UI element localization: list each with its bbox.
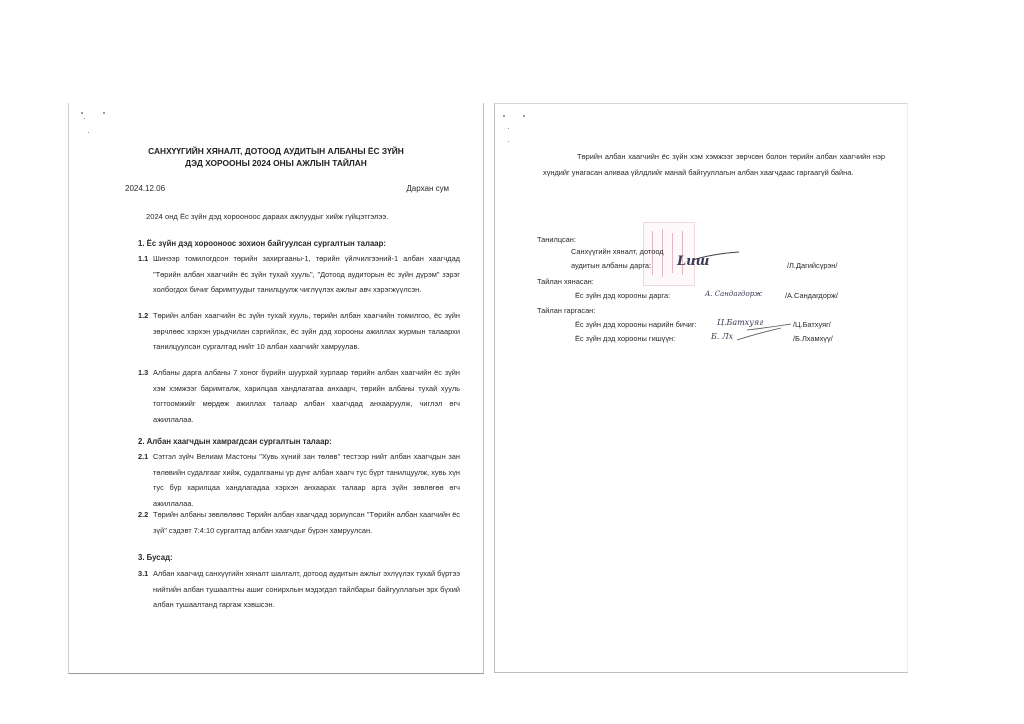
report-page-1: САНХҮҮГИЙН ХЯНАЛТ, ДОТООД АУДИТЫН АЛБАНЫ… xyxy=(68,103,484,674)
item-text: Шинээр томилогдсон төрийн захиргааны-1, … xyxy=(153,251,460,298)
item-number: 1.2 xyxy=(138,308,148,324)
acquainted-role-line1: Санхүүгийн хяналт, дотоод xyxy=(571,247,664,256)
scan-speck xyxy=(503,115,505,117)
item-number: 2.1 xyxy=(138,449,148,465)
section-2-heading: 2. Албан хаагчдын хамрагдсан сургалтын т… xyxy=(138,437,332,446)
signature-stroke xyxy=(691,250,741,262)
item-1-2: 1.2 Төрийн албан хаагчийн ёс зүйн тухай … xyxy=(138,308,460,355)
reviewed-role: Ёс зүйн дэд хорооны дарга: xyxy=(575,291,670,300)
acquainted-label: Танилцсан: xyxy=(537,235,576,244)
scan-speck xyxy=(508,141,509,142)
acquainted-role-line2: аудитын албаны дарга: xyxy=(571,261,651,270)
report-title: САНХҮҮГИЙН ХЯНАЛТ, ДОТООД АУДИТЫН АЛБАНЫ… xyxy=(69,145,483,169)
item-text: Албаны дарга албаны 7 хоног бүрийн шуурх… xyxy=(153,365,460,427)
signature-lkhamkhuu: Б. Лх xyxy=(711,332,733,341)
report-place: Дархан сум xyxy=(406,184,449,193)
report-date: 2024.12.06 xyxy=(125,184,165,193)
item-number: 2.2 xyxy=(138,507,148,523)
reviewed-name: /А.Сандагдорж/ xyxy=(785,291,838,300)
reviewed-label: Тайлан хянасан: xyxy=(537,277,594,286)
item-text: Сэтгэл зүйч Велиам Мастоны "Хувь хүний з… xyxy=(153,449,460,511)
acquainted-name: /Л.Дагийсүрэн/ xyxy=(787,261,837,270)
prepared-name-2: /Б.Лхамхүү/ xyxy=(793,334,833,343)
report-intro: 2024 онд Ёс зүйн дэд хорооноос дараах аж… xyxy=(146,212,388,221)
title-line-1: САНХҮҮГИЙН ХЯНАЛТ, ДОТООД АУДИТЫН АЛБАНЫ… xyxy=(69,145,483,157)
scan-speck xyxy=(508,128,509,129)
item-text: Төрийн албан хаагчийн ёс зүйн тухай хуул… xyxy=(153,308,460,355)
item-number: 1.3 xyxy=(138,365,148,381)
title-line-2: ДЭД ХОРООНЫ 2024 ОНЫ АЖЛЫН ТАЙЛАН xyxy=(69,157,483,169)
item-text: Албан хаагчид санхүүгийн хяналт шалгалт,… xyxy=(153,566,460,613)
section-3-heading: 3. Бусад: xyxy=(138,553,173,562)
item-text: Төрийн албаны зөвлөлөөс Төрийн албан хаа… xyxy=(153,507,460,538)
prepared-name-1: /Ц.Батхуяг/ xyxy=(793,320,831,329)
prepared-role-1: Ёс зүйн дэд хорооны нарийн бичиг: xyxy=(575,320,697,329)
section-1-heading: 1. Ёс зүйн дэд хорооноос зохион байгуулс… xyxy=(138,239,386,248)
prepared-label: Тайлан гаргасан: xyxy=(537,306,595,315)
scan-speck xyxy=(81,112,83,114)
item-2-2: 2.2 Төрийн албаны зөвлөлөөс Төрийн албан… xyxy=(138,507,460,538)
signature-sandagdorj: А. Сандагдорж xyxy=(705,290,762,298)
signature-stroke xyxy=(735,326,785,342)
item-number: 3.1 xyxy=(138,566,148,582)
item-1-1: 1.1 Шинээр томилогдсон төрийн захиргааны… xyxy=(138,251,460,298)
scan-speck xyxy=(84,118,85,119)
scan-speck xyxy=(523,115,525,117)
conclusion-paragraph: Төрийн албан хаагчийн ёс зүйн хэм хэмжээ… xyxy=(543,149,885,180)
item-2-1: 2.1 Сэтгэл зүйч Велиам Мастоны "Хувь хүн… xyxy=(138,449,460,511)
scan-speck xyxy=(88,132,89,133)
item-3-1: 3.1 Албан хаагчид санхүүгийн хяналт шалг… xyxy=(138,566,460,613)
item-1-3: 1.3 Албаны дарга албаны 7 хоног бүрийн ш… xyxy=(138,365,460,427)
item-number: 1.1 xyxy=(138,251,148,267)
report-page-2: Төрийн албан хаагчийн ёс зүйн хэм хэмжээ… xyxy=(494,103,908,673)
scan-speck xyxy=(103,112,105,114)
prepared-role-2: Ёс зүйн дэд хорооны гишүүн: xyxy=(575,334,675,343)
